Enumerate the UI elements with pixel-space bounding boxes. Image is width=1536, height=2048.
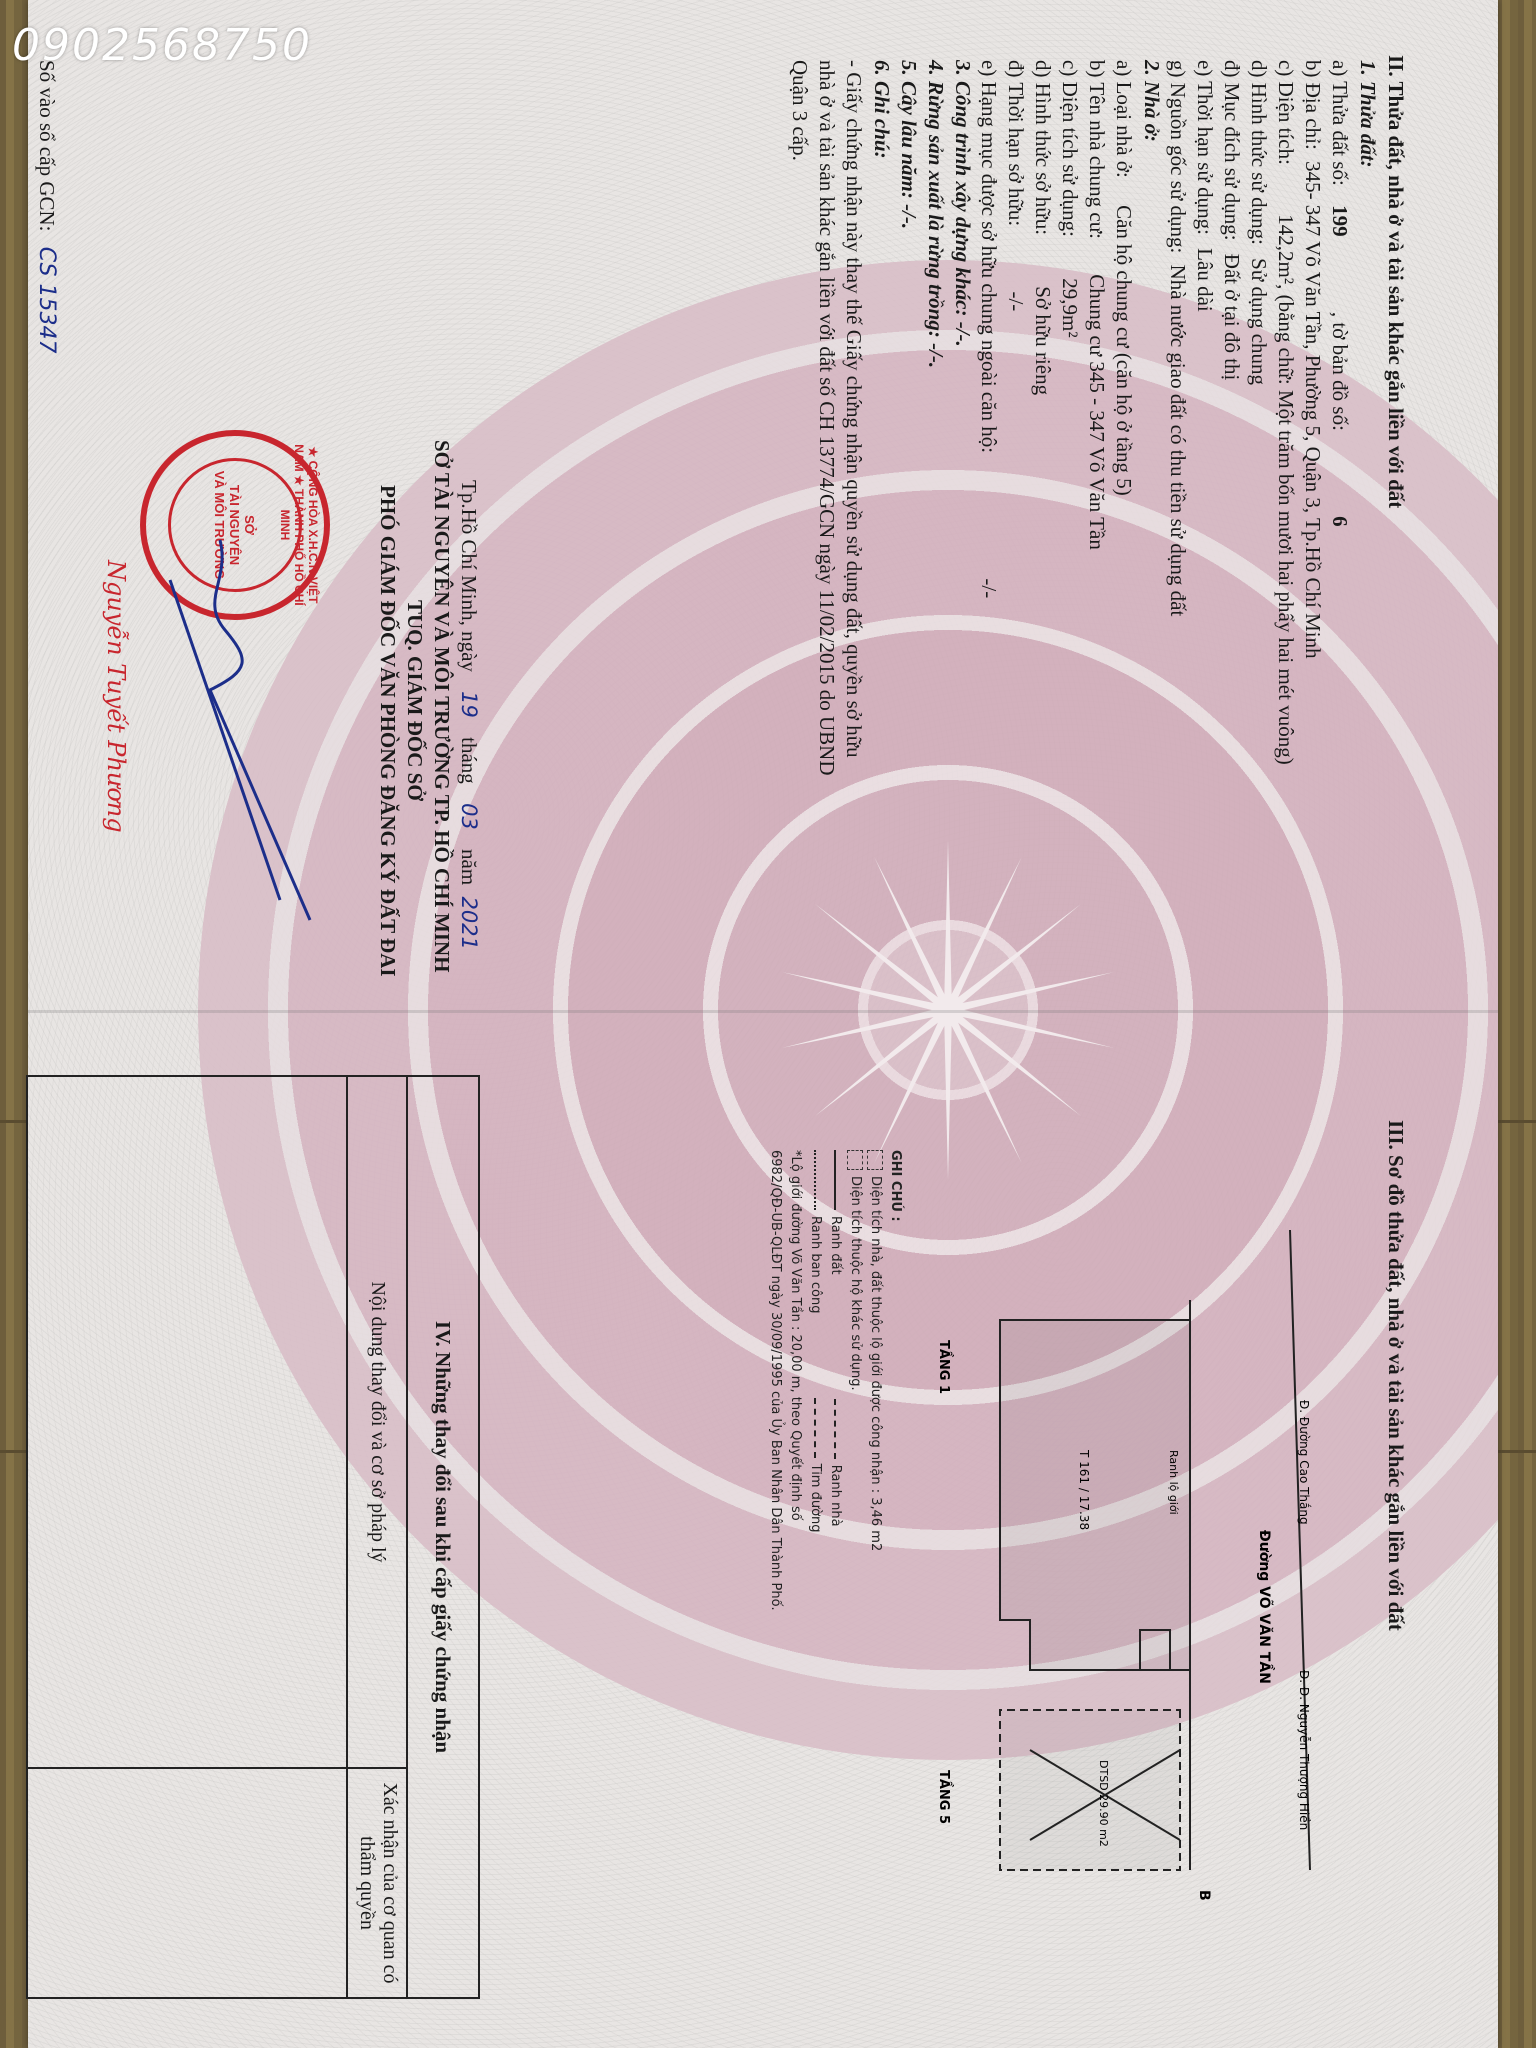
- legend-dash-icon: [835, 1399, 837, 1459]
- confirmation-column: Xác nhận của cơ quan có thẩm quyền: [28, 1769, 408, 1997]
- area-value: 142,2m², (bằng chữ: Một trăm bốn mươi ha…: [1274, 214, 1298, 765]
- section-4-title: IV. Những thay đổi sau khi cấp giấy chứn…: [406, 1077, 478, 1997]
- section-2-title: II. Thửa đất, nhà ở và tài sản khác gắn …: [1383, 55, 1408, 508]
- notes-heading: 6. Ghi chú:: [869, 60, 894, 159]
- handwritten-signature: [120, 520, 340, 940]
- svg-text:Đ. Đ. Nguyễn Thượng Hiền: Đ. Đ. Nguyễn Thượng Hiền: [1297, 1670, 1311, 1830]
- legend-swatch-icon: [848, 1150, 864, 1170]
- svg-text:B: B: [1196, 1890, 1212, 1901]
- ownership-term-row: đ) Thời hạn sở hữu: -/-: [1002, 60, 1029, 311]
- section-3-title: III. Sơ đồ thửa đất, nhà ở và tài sản kh…: [1383, 1120, 1408, 1631]
- diagram-legend: GHI CHÚ : Diện tích nhà, đất thuộc lộ gi…: [765, 1150, 905, 1930]
- other-construction: 3. Công trình xây dựng khác: -/-.: [950, 60, 975, 347]
- changes-content-column: Nội dung thay đổi và cơ sở pháp lý: [28, 1077, 408, 1769]
- building-row: b) Tên nhà chung cư: Chung cư 345 - 347 …: [1083, 60, 1110, 550]
- note-line-3: Quận 3 cấp.: [786, 60, 813, 161]
- address-row: b) Địa chỉ: 345- 347 Võ Văn Tần, Phường …: [1299, 60, 1326, 659]
- use-form-row: d) Hình thức sử dụng: Sử dụng chung: [1245, 60, 1272, 385]
- issue-year: 2021: [457, 896, 481, 949]
- planted-forest: 4. Rừng sản xuất là rừng trồng: -/-.: [923, 60, 948, 368]
- signer-name: Nguyễn Tuyết Phương: [102, 560, 130, 833]
- registry-number: Số vào sổ cấp GCN: CS 15347: [33, 60, 60, 353]
- issue-month: 03: [457, 803, 481, 830]
- area-row: c) Diện tích: 142,2m², (bằng chữ: Một tr…: [1272, 60, 1299, 765]
- place-date: Tp.Hồ Chí Minh, ngày 19 tháng 03 năm 202…: [455, 480, 482, 950]
- perennial-trees: 5. Cây lâu năm: -/-.: [896, 60, 921, 229]
- plot-diagram-svg: Đ. Đường Cao Thắng Đường VÕ VĂN TẦN Đ. Đ…: [910, 1150, 1330, 1930]
- col-confirm-header: Xác nhận của cơ quan có thẩm quyền: [346, 1769, 408, 1997]
- issue-day: 19: [457, 691, 481, 718]
- term-row: e) Thời hạn sử dụng: Lâu dài: [1191, 60, 1218, 312]
- address-value: 345- 347 Võ Văn Tần, Phường 5, Quận 3, T…: [1301, 161, 1325, 659]
- house-type-row: a) Loại nhà ở: Căn hộ chung cư (căn hộ ở…: [1110, 60, 1137, 496]
- svg-text:T 161 / 17.38: T 161 / 17.38: [1077, 1449, 1091, 1530]
- parcel-number: 199: [1328, 205, 1352, 237]
- section-2: II. Thửa đất, nhà ở và tài sản khác gắn …: [0, 0, 1470, 1010]
- legend-line-icon: [835, 1150, 837, 1210]
- svg-text:DTSD 29.90 m2: DTSD 29.90 m2: [1097, 1760, 1110, 1847]
- house-heading: 2. Nhà ở:: [1139, 60, 1164, 142]
- signer-position: PHÓ GIÁM ĐỐC VĂN PHÒNG ĐĂNG KÝ ĐẤT ĐAI: [374, 485, 401, 977]
- legend-dot-icon: [815, 1150, 817, 1210]
- land-heading: 1. Thửa đất:: [1355, 60, 1380, 168]
- col-content-header: Nội dung thay đổi và cơ sở pháp lý: [346, 1077, 408, 1767]
- svg-text:TẦNG 5: TẦNG 5: [936, 1770, 954, 1824]
- issuing-agency: SỞ TÀI NGUYÊN VÀ MÔI TRƯỜNG TP. HỒ CHÍ M…: [428, 440, 455, 972]
- sections-3-4: III. Sơ đồ thửa đất, nhà ở và tài sản kh…: [0, 1030, 1470, 2030]
- svg-text:Ranh lộ giới: Ranh lộ giới: [1167, 1450, 1180, 1515]
- registry-value: CS 15347: [34, 247, 59, 354]
- parcel-row: a) Thửa đất số: 199 , tờ bản đồ số: 6: [1326, 60, 1353, 527]
- map-sheet-number: 6: [1328, 516, 1352, 527]
- shared-items-row: e) Hạng mục được sở hữu chung ngoài căn …: [975, 60, 1002, 598]
- changes-table: IV. Những thay đổi sau khi cấp giấy chứn…: [26, 1075, 480, 1999]
- ownership-row: d) Hình thức sở hữu: Sở hữu riêng: [1029, 60, 1056, 395]
- certificate-content: II. Thửa đất, nhà ở và tài sản khác gắn …: [0, 0, 1470, 2048]
- svg-text:Đường VÕ VĂN TẦN: Đường VÕ VĂN TẦN: [1256, 1530, 1275, 1684]
- svg-text:Đ. Đường Cao Thắng: Đ. Đường Cao Thắng: [1297, 1400, 1311, 1525]
- purpose-row: đ) Mục đích sử dụng: Đất ở tại đô thị: [1218, 60, 1245, 380]
- legend-centerline-icon: [815, 1398, 817, 1458]
- land-plot-diagram: Đ. Đường Cao Thắng Đường VÕ VĂN TẦN Đ. Đ…: [910, 1150, 1330, 1930]
- note-line-1: - Giấy chứng nhận này thay thế Giấy chứn…: [840, 60, 867, 758]
- floor-area-row: c) Diện tích sử dụng: 29,9m²: [1056, 60, 1083, 338]
- note-line-2: nhà ở và tài sản khác gắn liền với đất s…: [813, 60, 840, 776]
- on-behalf-of: TUQ. GIÁM ĐỐC SỞ: [401, 600, 428, 801]
- legend-swatch-icon: [868, 1150, 884, 1170]
- origin-row: g) Nguồn gốc sử dụng: Nhà nước giao đất …: [1164, 60, 1191, 616]
- svg-text:TẦNG 1: TẦNG 1: [936, 1340, 954, 1394]
- watermark-phone-number: 0902568750: [12, 20, 312, 71]
